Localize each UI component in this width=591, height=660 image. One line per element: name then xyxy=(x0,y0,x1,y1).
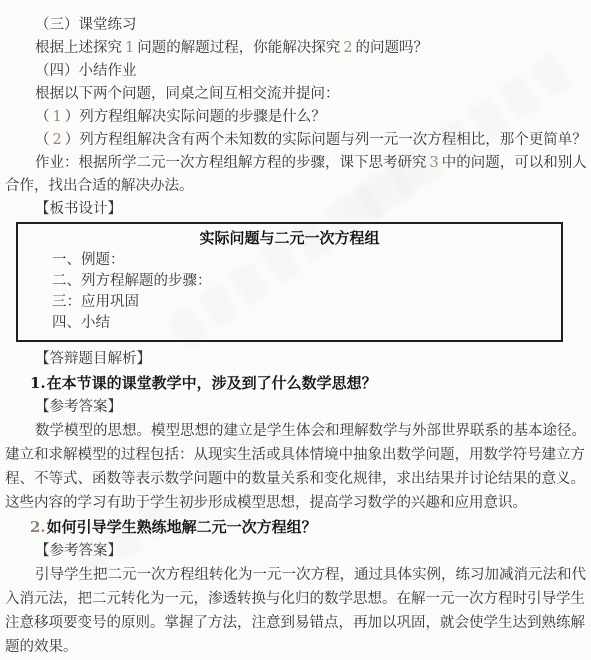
paragraph-homework-line1: 作业：根据所学二元一次方程组解方程的步骤，课下思考研究3中的问题，可以和别人 xyxy=(5,152,586,175)
heading-reference-answer-1: 【参考答案】 xyxy=(5,395,586,419)
inline-number: 2 xyxy=(50,132,65,148)
qa-analysis-section: 【答辩题目解析】 1.在本节课的课堂教学中，涉及到了什么数学思想？ 【参考答案】… xyxy=(5,347,586,659)
heading-qa-analysis: 【答辩题目解析】 xyxy=(5,347,586,371)
answer-1-line: 数学模型的思想。模型思想的建立是学生体会和理解数学与外部世界联系的基本途径。 xyxy=(5,419,586,443)
practice-question-pre: 根据上述探究 xyxy=(35,40,122,56)
paragraph-discussion-intro: 根据以下两个问题，同桌之间互相交流并提问： xyxy=(5,83,586,106)
inline-number: 2 xyxy=(340,40,355,56)
answer-2-line: 题的效果。 xyxy=(5,635,586,659)
board-item: 一、例题： xyxy=(18,250,561,271)
qa-question-1-text: 在本节课的课堂教学中，涉及到了什么数学思想？ xyxy=(47,374,377,392)
heading-board-design: 【板书设计】 xyxy=(5,198,586,221)
paragraph-homework-line2: 合作，找出合适的解决办法。 xyxy=(5,175,586,198)
document-page: （三）课堂练习 根据上述探究1问题的解题过程，你能解决探究2的问题吗？ （四）小… xyxy=(0,0,591,660)
inline-number: 1 xyxy=(122,40,137,56)
homework-post: 中的问题，可以和别人 xyxy=(442,155,587,171)
inline-number: 3 xyxy=(427,155,442,171)
board-item: 二、列方程解题的步骤： xyxy=(18,271,561,292)
paragraph-practice-question: 根据上述探究1问题的解题过程，你能解决探究2的问题吗？ xyxy=(5,37,586,60)
qa-question-1-number: 1. xyxy=(30,374,47,392)
document-content: （三）课堂练习 根据上述探究1问题的解题过程，你能解决探究2的问题吗？ （四）小… xyxy=(0,0,591,659)
qa-question-2-number: 2. xyxy=(30,518,47,536)
qa-question-1: 1.在本节课的课堂教学中，涉及到了什么数学思想？ xyxy=(5,371,586,395)
practice-question-post: 的问题吗？ xyxy=(355,40,428,56)
answer-2-line: 注意移项要变号的原则。掌握了方法，注意到易错点，再加以巩固，就会使学生达到熟练解 xyxy=(5,611,586,635)
answer-1-line: 程、不等式、函数等表示数学问题中的数量关系和变化规律，求出结果并讨论结果的意义。 xyxy=(5,467,586,491)
heading-summary-homework: （四）小结作业 xyxy=(5,60,586,83)
list-question-1: （1）列方程组解决实际问题的步骤是什么？ xyxy=(5,106,586,129)
heading-reference-answer-2: 【参考答案】 xyxy=(5,539,586,563)
question-1-text: ）列方程组解决实际问题的步骤是什么？ xyxy=(65,109,326,125)
practice-question-mid: 问题的解题过程，你能解决探究 xyxy=(137,40,340,56)
question-1-open: （ xyxy=(35,109,50,125)
board-item: 四、小结 xyxy=(18,313,561,334)
heading-classroom-practice: （三）课堂练习 xyxy=(5,14,586,37)
list-question-2: （2）列方程组解决含有两个未知数的实际问题与列一元一次方程相比，那个更简单？ xyxy=(5,129,586,152)
board-item: 三：应用巩固 xyxy=(18,292,561,313)
board-design-box: 实际问题与二元一次方程组 一、例题： 二、列方程解题的步骤： 三：应用巩固 四、… xyxy=(16,222,563,342)
inline-number: 1 xyxy=(50,109,65,125)
answer-1-line: 建立和求解模型的过程包括：从现实生活或具体情境中抽象出数学问题，用数学符号建立方 xyxy=(5,443,586,467)
board-title: 实际问题与二元一次方程组 xyxy=(18,226,561,250)
answer-2-line: 引导学生把二元一次方程组转化为一元一次方程，通过具体实例，练习加减消元法和代 xyxy=(5,563,586,587)
question-2-open: （ xyxy=(35,132,50,148)
qa-question-2-text: 如何引导学生熟练地解二元一次方程组？ xyxy=(47,518,317,536)
answer-1-line: 这些内容的学习有助于学生初步形成模型思想，提高学习数学的兴趣和应用意识。 xyxy=(5,491,586,515)
answer-2-line: 入消元法，把二元转化为一元，渗透转换与化归的数学思想。在解一元一次方程时引导学生 xyxy=(5,587,586,611)
homework-pre: 作业：根据所学二元一次方程组解方程的步骤，课下思考研究 xyxy=(35,155,427,171)
question-2-text: ）列方程组解决含有两个未知数的实际问题与列一元一次方程相比，那个更简单？ xyxy=(65,132,587,148)
qa-question-2: 2.如何引导学生熟练地解二元一次方程组？ xyxy=(5,515,586,539)
